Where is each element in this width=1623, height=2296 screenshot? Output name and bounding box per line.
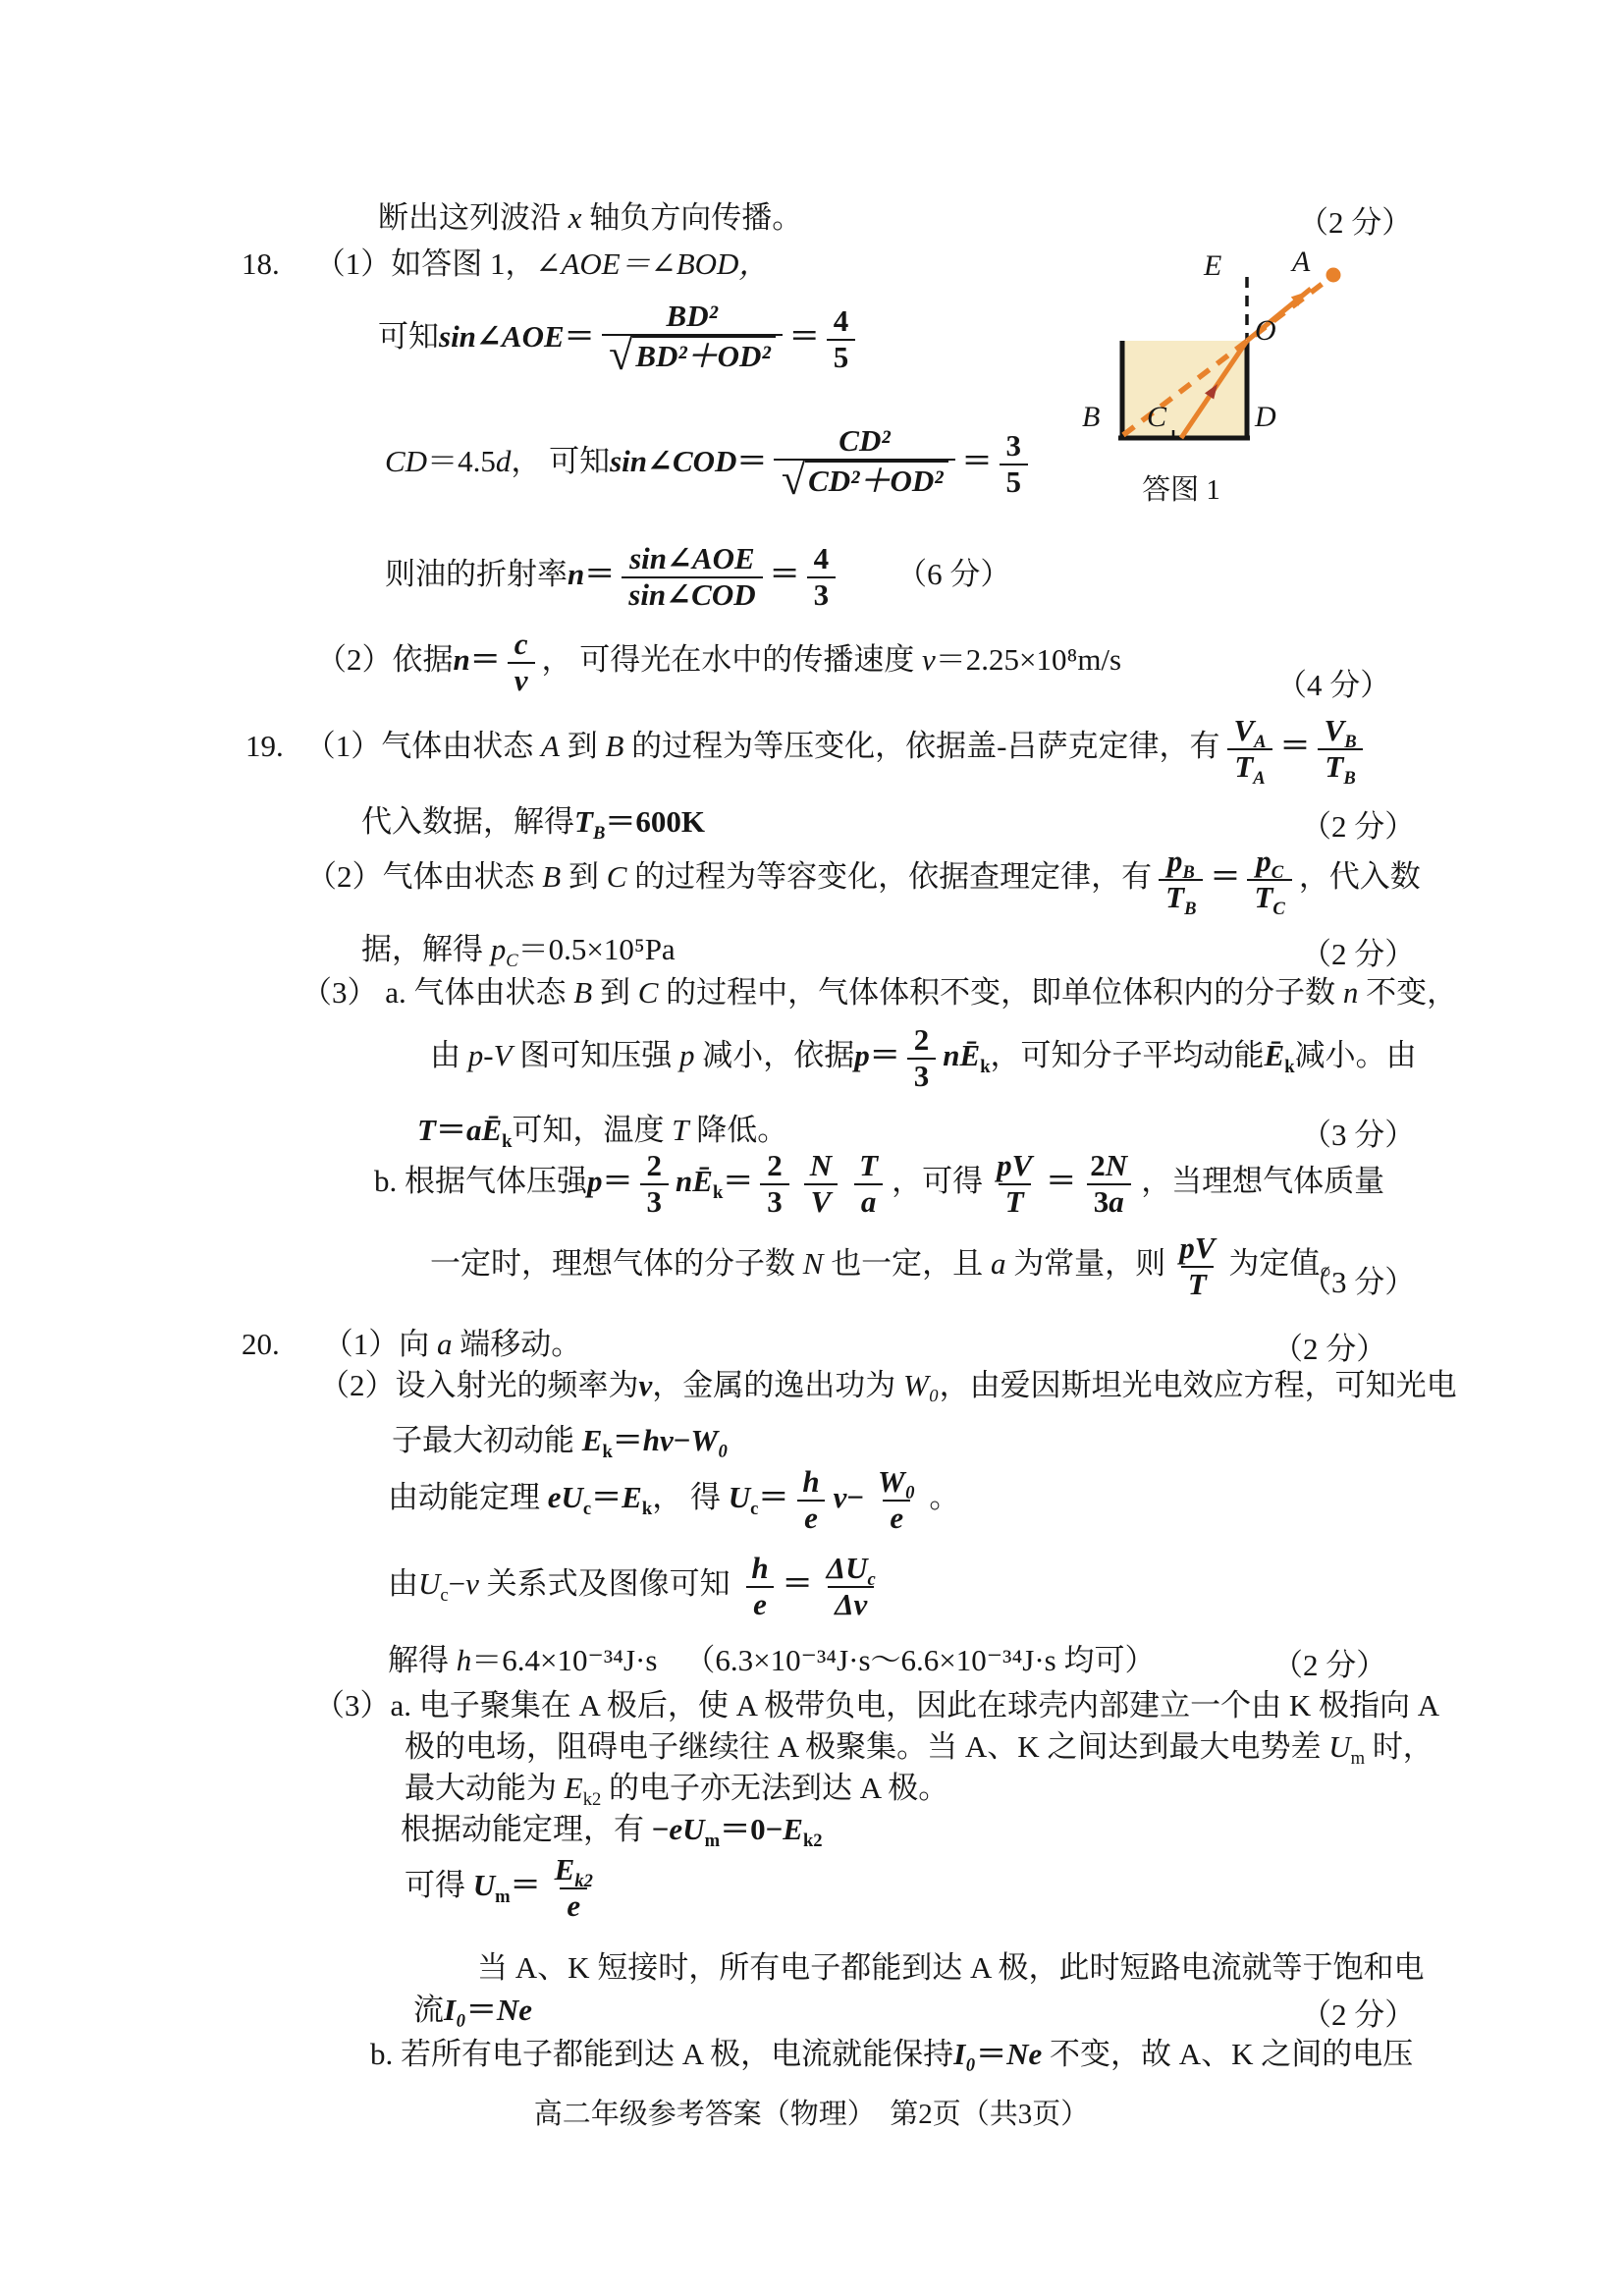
denominator: TA [1227,748,1271,785]
math-var: W₀ [690,1423,728,1457]
text-run: 一定时，理想气体的分子数 [430,1246,803,1281]
denominator: e [797,1500,825,1536]
line-q19-p3: （2）气体由状态 B 到 C 的过程为等容变化，依据查理定律，有pBTB＝pCT… [306,845,1421,914]
denominator: v [508,662,535,698]
score-badge: （4 分） [1276,660,1390,704]
math-var: U [729,1480,750,1514]
fraction: 23 [907,1023,937,1093]
math-var: I₀ [953,2037,976,2071]
math-var: N [1106,1148,1127,1182]
denominator: V [804,1183,839,1220]
text-run: ，可得 [892,1164,983,1198]
subscript: C [1272,899,1284,919]
math-var: V [1325,713,1345,747]
subscript: k [1284,1057,1294,1077]
math-var: Ē [960,1038,981,1072]
text-run: b. 根据气体压强 [374,1164,587,1198]
text-run: 可得 [405,1868,473,1902]
line-q20-p11: 可得 Um＝Ek2e [405,1853,607,1923]
line-q20-p14: b. 若所有电子都能到达 A 极，电流就能保持I₀＝Ne 不变，故 A、K 之间… [370,2034,1413,2075]
score-badge: （2 分） [1301,929,1415,973]
text-run: 解得 [388,1643,457,1677]
answer-sheet-page: 断出这列波沿 x 轴负方向传播。 （2 分） 18.（1）如答图 1，∠AOE＝… [0,0,1623,2296]
text-run: ，由爱因斯坦光电效应方程，可知光电 [940,1368,1457,1402]
text-run: （1）气体由状态 [305,729,541,763]
denominator: 5 [827,339,856,375]
score-badge: （3 分） [1301,1110,1415,1154]
score-badge: （2 分） [1298,197,1412,242]
numerator: pC [1249,845,1290,879]
numerator: 2N [1083,1149,1134,1183]
text-run: （1）如答图 1， [315,246,536,281]
math-var: a [466,1113,482,1147]
question-number: 19. [245,726,284,767]
math-var: p [1256,844,1271,878]
line-q20-p10: 根据动能定理，有 −eUm＝0−Ek2 [401,1809,823,1850]
text-run: 也一定，且 [823,1246,991,1281]
denominator: T [999,1183,1031,1220]
text-run: 最大动能为 [405,1771,565,1805]
label-E: E [1204,249,1221,283]
math-var: I₀ [444,1993,466,2027]
math-var: Ē [481,1113,502,1147]
minus-sign: − [449,1566,465,1601]
denominator: TB [1318,748,1362,785]
math-var: U [1328,1729,1350,1764]
subscript: c [440,1585,448,1606]
numerator: VB [1318,714,1364,748]
equals-sign: ＝ [613,1423,643,1457]
math-var: W₀ [903,1368,940,1402]
text-run: 流 [413,1993,444,2027]
minus-sign: − [652,1812,670,1846]
subscript: B [593,823,605,844]
numerator: 4 [827,304,856,339]
numerator: sin∠AOE [622,542,762,576]
numerator: pB [1161,845,1202,879]
subscript: A [1253,768,1265,789]
text-run: 可知 [378,319,439,354]
math-var: hν [643,1423,674,1457]
text-run: 时， [1365,1729,1434,1764]
line-q20-p13: 流I₀＝Ne [413,1990,532,2031]
math-var: ν [465,1566,479,1601]
math-var: eU [669,1812,704,1846]
text-run: ，金属的逸出功为 [652,1368,903,1402]
math-var: T [1325,749,1343,784]
line-q20-p6: 解得 h＝6.4×10⁻³⁴J·s（6.3×10⁻³⁴J·s～6.6×10⁻³⁴… [388,1640,1155,1681]
fraction: pVT [1172,1231,1221,1301]
math-var: T [1254,880,1272,914]
denominator: √BD²＋OD² [602,334,783,380]
denominator: sin∠COD [622,576,762,613]
equals-sign: ＝ [723,1164,753,1198]
text-run: 关系式及图像可知 [479,1566,738,1601]
text-run: ＝4.5 [427,444,496,478]
text-run: ＝600K [605,804,705,839]
sqrt-expression: √CD²＋OD² [781,461,947,505]
math-var: p [854,1038,870,1072]
text-run: 由动能定理 [388,1480,548,1514]
math-var: T [417,1113,436,1147]
score-badge: （6 分） [896,557,1010,591]
text-run: 到 [561,859,607,894]
text-run: （6.3×10⁻³⁴J·s～6.6×10⁻³⁴J·s 均可） [684,1643,1155,1677]
math-var: E [622,1480,642,1514]
text-run: （2）依据 [316,642,454,677]
line-q19-p4: 据，解得 pC＝0.5×10⁵Pa [361,929,676,970]
subscript: k2 [803,1831,823,1851]
label-C: C [1147,401,1166,434]
text-run: ，代入数 [1299,859,1421,894]
math-var: p [587,1164,603,1198]
denominator: e [560,1887,587,1924]
numerator: 3 [1000,429,1029,464]
numerator: T [852,1149,885,1183]
score-badge: （2 分） [1301,1990,1415,2034]
denominator: 5 [1000,464,1029,500]
fraction: 23 [760,1149,789,1219]
subscript: k2 [583,1789,602,1810]
text-run: 端移动。 [453,1327,582,1361]
minus-sign: − [846,1480,864,1514]
text-run: 到 [560,729,606,763]
subscript: k [642,1499,652,1519]
subscript: c [583,1499,591,1519]
minus-sign: − [674,1423,691,1457]
numerator: h [744,1552,775,1586]
equals-sign: ＝ [511,1868,541,1902]
score-badge: （2 分） [1301,801,1415,846]
text-run: ＝2.25×10⁸m/s [936,642,1121,677]
math-num: 2 [1090,1148,1106,1182]
math-var: p [1167,844,1183,878]
subscript: B [1184,899,1196,919]
radicand: CD²＋OD² [805,461,947,499]
fraction: 35 [1000,429,1029,499]
text-run: （2）设入射光的频率为 [319,1368,639,1402]
equals-sign: ＝ [770,557,800,591]
denominator: a [854,1183,884,1220]
line-q19-p1: 19.（1）气体由状态 A 到 B 的过程为等压变化，依据盖-吕萨克定律，有VA… [245,714,1371,784]
equals-sign: ＝ [1280,729,1311,763]
text-run: （3） a. 气体由状态 [301,975,573,1010]
math-var: Ē [692,1164,713,1198]
fraction: pBTB [1159,845,1203,914]
fraction: 45 [827,304,856,374]
math-var: Ne [497,1993,532,2027]
text-run: 为常量，则 [1005,1246,1165,1281]
text-run: ，可知分子平均动能 [991,1038,1265,1072]
math-var: U [473,1868,495,1902]
equals-sign: ＝ [591,1480,622,1514]
radical-sign: √ [609,333,633,377]
denominator: e [883,1500,910,1536]
text-run: 不变，故 A、K 之间的电压 [1042,2037,1413,2071]
line-q19-p8: b. 根据气体压强p＝23nĒk＝23NVTa，可得pVT＝2N3a，当理想气体… [374,1149,1384,1219]
equals-sign: ＝ [758,1480,788,1514]
equals-sign: ＝ [470,642,501,677]
math-var: E [555,1852,575,1886]
math-var: E [582,1423,603,1457]
equals-sign: ＝ [466,1993,497,2027]
text-run: 根据动能定理，有 [401,1812,652,1846]
line-q19-p7: T＝aĒk可知，温度 T 降低。 [417,1110,787,1151]
numerator: W₀ [871,1465,922,1500]
denominator: 3 [640,1183,670,1220]
question-number: 18. [242,244,280,285]
math-var: n [1343,975,1359,1010]
math-expression: ∠AOE＝∠BOD， [536,246,770,281]
equals-sign: ＝ [789,319,820,354]
math-var: Ne [1006,2037,1042,2071]
numerator: Ek2 [548,1853,600,1887]
equals-sign: ＝ [1210,859,1240,894]
numerator: h [795,1465,826,1500]
label-B: B [1082,401,1100,434]
text-run: （1）向 [323,1327,437,1361]
question-number: 20. [242,1324,280,1365]
line-q19-p9: 一定时，理想气体的分子数 N 也一定，且 a 为常量，则pVT为定值。 [430,1231,1350,1301]
fraction: W₀e [871,1465,922,1535]
fraction: NV [803,1149,839,1219]
denominator: T [1181,1266,1214,1302]
math-var: p [491,932,507,966]
text-run: 由 [430,1038,468,1072]
subscript: B [1343,768,1355,789]
text-run: 由 [388,1566,418,1601]
denominator: 3 [807,576,837,613]
numerator: pV [990,1149,1039,1183]
line-q20-p8: 极的电场，阻碍电子继续往 A 极聚集。当 A、K 之间达到最大电势差 Um 时， [405,1726,1434,1768]
radicand: BD²＋OD² [632,336,775,374]
math-var: ν [834,1480,847,1514]
line-q18-f2: CD＝4.5d， 可知sin∠COD＝CD²√CD²＋OD²＝35 [385,424,1035,505]
denominator: e [746,1586,774,1622]
line-q20-p7: （3）a. 电子聚集在 A 极后，使 A 极带负电，因此在球壳内部建立一个由 K… [314,1685,1439,1726]
text-run: 。 [929,1480,959,1514]
line-q19-p2: 代入数据，解得TB＝600K [361,801,705,843]
light-source-dot [1326,268,1341,283]
text-run: 的电子亦无法到达 A 极。 [601,1771,948,1805]
subscript: m [1351,1748,1365,1769]
text-run: 到 [592,975,638,1010]
line-q20-p2: （2）设入射光的频率为ν，金属的逸出功为 W₀，由爱因斯坦光电效应方程，可知光电 [319,1365,1457,1406]
math-var: T [1234,749,1253,784]
text-run: ，当理想气体质量 [1141,1164,1384,1198]
text-run: b. 若所有电子都能到达 A 极，电流就能保持 [370,2037,953,2071]
math-var: V [1233,713,1254,747]
label-A: A [1292,246,1310,279]
math-var: N [803,1246,824,1281]
fraction: Ek2e [548,1853,600,1923]
text-run: ＝6.4×10⁻³⁴J·s [471,1643,657,1677]
line-q18-f1: 可知sin∠AOE＝BD²√BD²＋OD²＝45 [378,300,862,380]
score-badge: （2 分） [1272,1640,1386,1684]
equals-sign: ＝ [436,1113,466,1147]
subscript: k [602,1442,612,1462]
fraction: ΔUcΔν [820,1552,883,1621]
figure-caption: 答图 1 [1108,467,1255,508]
math-var: Ē [1265,1038,1285,1072]
line-q20-p4: 由动能定理 eUc＝Ek， 得 Uc＝heν−W₀e。 [388,1465,959,1535]
numerator: CD² [832,424,896,459]
text-run: （3）a. 电子聚集在 A 极后，使 A 极带负电，因此在球壳内部建立一个由 K… [314,1688,1439,1722]
page-footer: 高二年级参考答案（物理） 第2页（共3页） [0,2092,1623,2132]
math-var: B [573,975,592,1010]
math-var: n [676,1164,692,1198]
text-run: 降低。 [688,1113,787,1147]
math-var: h [457,1643,472,1677]
math-var: ν [639,1368,653,1402]
equals-sign: ＝0− [720,1812,783,1846]
fraction: cv [508,628,535,697]
text-run: （2）气体由状态 [306,859,542,894]
fraction: 23 [640,1149,670,1219]
text-run: 的过程中，气体体积不变，即单位体积内的分子数 [658,975,1343,1010]
equals-sign: ＝ [1046,1164,1076,1198]
math-var: n [943,1038,959,1072]
numerator: BD² [660,300,725,334]
fraction: CD²√CD²＋OD² [774,424,954,505]
text-run: 断出这列波沿 [378,200,568,235]
numerator: 2 [640,1149,670,1183]
denominator: Δν [828,1586,874,1622]
math-var: n [568,557,584,591]
line-q18-p2: （2）依据n＝cv， 可得光在水中的传播速度 v＝2.25×10⁸m/s [316,628,1121,697]
denominator: TB [1159,879,1203,915]
equals-sign: ＝ [962,444,993,478]
text-run: 图可知压强 [513,1038,680,1072]
fraction: he [744,1552,775,1621]
math-var: CD [385,444,427,478]
fraction: 2N3a [1083,1149,1134,1219]
math-var: a [991,1246,1006,1281]
math-var: U [418,1566,440,1601]
text-run: 据，解得 [361,932,491,966]
text-run: 则油的折射率 [385,557,568,591]
line-q19-p5: （3） a. 气体由状态 B 到 C 的过程中，气体体积不变，即单位体积内的分子… [301,972,1457,1013]
equals-sign: ＝ [584,557,615,591]
text-run: 代入数据，解得 [361,804,574,839]
line-q19-p6: 由 p-V 图可知压强 p 减小，依据p＝23nĒk，可知分子平均动能Ēk减小。… [430,1023,1417,1093]
text-run: ， 可知 [511,444,610,478]
text-run: ＝0.5×10⁵Pa [518,932,676,966]
text-run: 的过程为等压变化，依据盖-吕萨克定律，有 [623,729,1219,763]
text-run: ， 可得光在水中的传播速度 [542,642,923,677]
denominator: 3 [907,1058,937,1094]
subscript: m [495,1886,511,1907]
denominator: 3 [760,1183,789,1220]
math-fn: sin∠COD [610,444,736,478]
text-run: 轴负方向传播。 [582,200,803,235]
math-var: n [454,642,470,677]
math-var: E [783,1812,803,1846]
math-var: ΔU [827,1551,868,1585]
numerator: ΔUc [820,1552,883,1586]
fraction: pCTC [1247,845,1291,914]
equals-sign: ＝ [603,1164,633,1198]
fraction: pVT [990,1149,1039,1219]
numerator: 4 [807,542,837,576]
math-var: C [638,975,659,1010]
answer-figure-1: E A O B C D 答图 1 [1068,246,1398,526]
fraction: he [795,1465,826,1535]
math-var: B [605,729,623,763]
numerator: 2 [907,1023,937,1058]
equals-sign: ＝ [870,1038,900,1072]
math-var: T [574,804,593,839]
label-D: D [1255,401,1276,434]
subscript: m [705,1831,721,1851]
math-var: eU [548,1480,583,1514]
fraction: BD²√BD²＋OD² [602,300,783,380]
numerator: pV [1172,1231,1221,1266]
line-q18-f3: 则油的折射率n＝sin∠AOEsin∠COD＝43（6 分） [385,542,1010,612]
equals-sign: ＝ [565,319,595,354]
sqrt-expression: √BD²＋OD² [609,336,776,380]
subscript: k [713,1182,723,1203]
line-q17-tail: 断出这列波沿 x 轴负方向传播。 [378,197,802,239]
fraction: 43 [807,542,837,612]
score-badge: （3 分） [1301,1257,1415,1301]
math-var: d [496,444,512,478]
line-q20-p9: 最大动能为 Ek2 的电子亦无法到达 A 极。 [405,1768,948,1809]
fraction: sin∠AOEsin∠COD [622,542,762,612]
line-q20-p3: 子最大初动能 Ek＝hν−W₀ [392,1420,729,1461]
equals-sign: ＝ [736,444,767,478]
denominator: TC [1247,879,1291,915]
radical-sign: √ [781,458,805,502]
numerator: N [803,1149,839,1183]
denominator: 3a [1087,1183,1131,1220]
text-run: 极的电场，阻碍电子继续往 A 极聚集。当 A、K 之间达到最大电势差 [405,1729,1328,1764]
math-var: v [922,642,936,677]
math-fn: sin∠AOE [439,319,565,354]
math-var: a [1109,1184,1124,1219]
line-q20-p12: 当 A、K 短接时，所有电子都能到达 A 极，此时短路电流就等于饱和电 [477,1947,1424,1989]
text-run: ， 得 [652,1480,729,1514]
fraction: VBTB [1318,714,1364,784]
subscript: C [506,951,517,971]
subscript: k [980,1057,990,1077]
numerator: c [508,628,535,662]
math-var: C [607,859,627,894]
math-var: T [672,1113,688,1147]
line-q20-p1: 20.（1）向 a 端移动。 [242,1324,581,1365]
text-run: 的过程为等容变化，依据查理定律，有 [626,859,1152,894]
numerator: VA [1226,714,1272,748]
numerator: 2 [760,1149,789,1183]
math-num: 3 [1094,1184,1109,1219]
math-var: T [1165,880,1184,914]
text-run: 当 A、K 短接时，所有电子都能到达 A 极，此时短路电流就等于饱和电 [477,1950,1424,1985]
line-q20-p5: 由Uc−ν 关系式及图像可知 he＝ΔUcΔν [388,1552,890,1621]
text-run: 子最大初动能 [392,1423,582,1457]
fraction: Ta [852,1149,885,1219]
fraction: VATA [1226,714,1272,784]
denominator: √CD²＋OD² [774,459,954,505]
math-var: E [565,1771,583,1805]
text-run: 不变， [1358,975,1457,1010]
math-var: x [568,200,582,235]
math-var: p-V [468,1038,513,1072]
equals-sign: ＝ [783,1566,813,1601]
equals-sign: ＝ [976,2037,1006,2071]
text-run: 可知，温度 [512,1113,672,1147]
text-run: 减小，依据 [695,1038,855,1072]
text-run: 减小。由 [1295,1038,1417,1072]
